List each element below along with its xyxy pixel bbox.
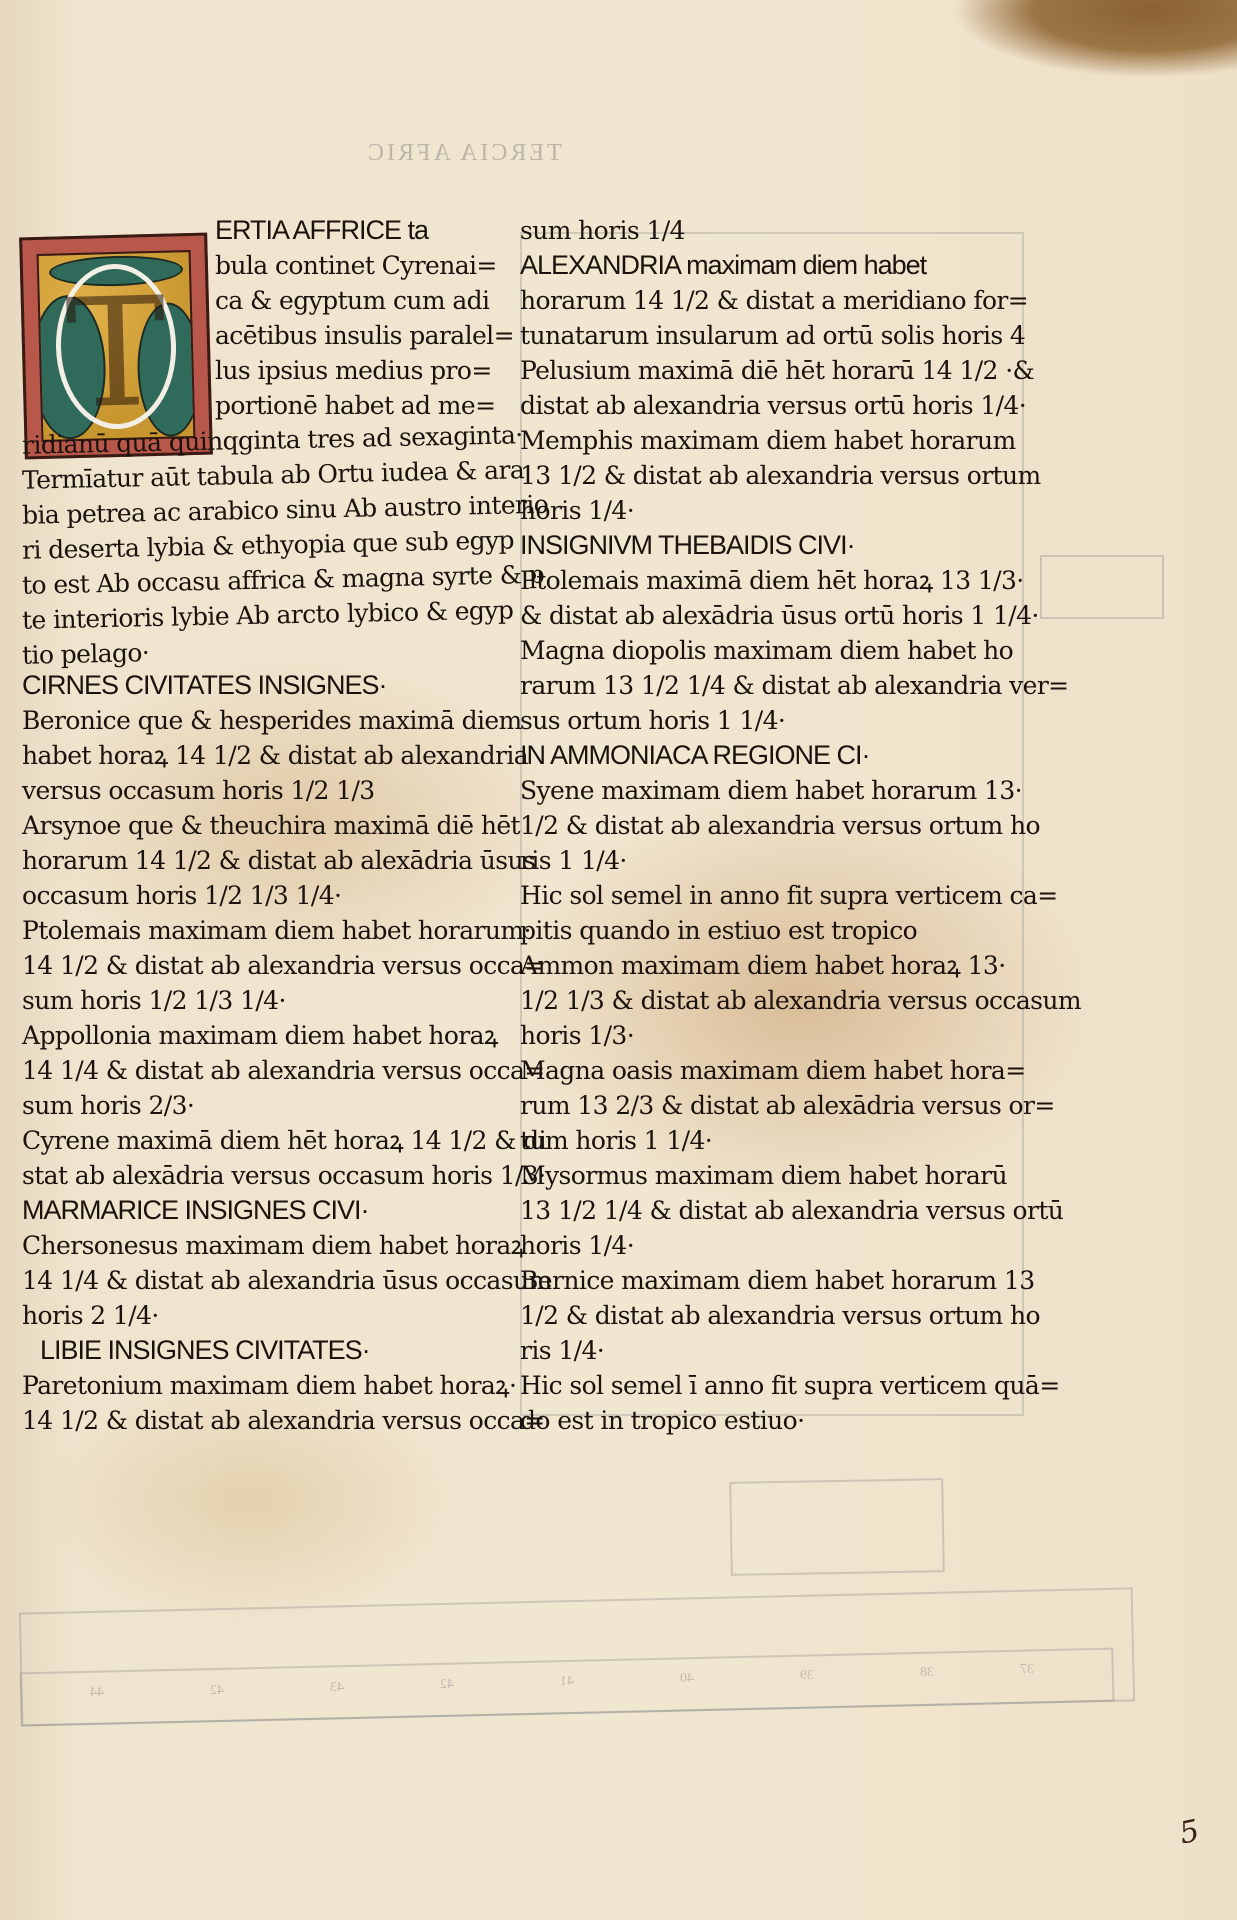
left-column: T ERTIA AFFRICE ta bula continet Cyrenai… <box>22 213 477 1438</box>
text-line: occasum horis 1/2 1/3 1/4· <box>22 878 477 913</box>
show-through-scale-number: 38 <box>920 1665 934 1681</box>
page-number: 5 <box>1177 1813 1203 1851</box>
text-line: sum horis 1/2 1/3 1/4· <box>22 983 477 1018</box>
text-line: 14 1/2 & distat ab alexandria versus occ… <box>22 1403 477 1438</box>
show-through-scale-number: 42 <box>440 1677 454 1693</box>
section-heading-alexandria: ALEXANDRIA maximam diem habet <box>520 248 1000 283</box>
show-through-map-border-bottom <box>19 1587 1135 1726</box>
show-through-scale-number: 39 <box>800 1668 814 1684</box>
text-line: 13 1/2 1/4 & distat ab alexandria versus… <box>520 1193 1000 1228</box>
show-through-scale-number: 43 <box>330 1680 344 1696</box>
text-line: Hic sol semel in anno fit supra verticem… <box>520 878 1000 913</box>
text-line: Syene maximam diem habet horarum 13· <box>520 773 1000 808</box>
text-line: ris 1 1/4· <box>520 843 1000 878</box>
show-through-scale-number: 37 <box>1020 1662 1034 1678</box>
text-line: distat ab alexandria versus ortū horis 1… <box>520 388 1000 423</box>
text-line: 14 1/2 & distat ab alexandria versus occ… <box>22 948 477 983</box>
text-line: Beronice que & hesperides maximā diem <box>22 703 477 738</box>
text-line: Ptolemais maximā diem hēt horaꝝ 13 1/3· <box>520 563 1000 598</box>
initial-gold-field: T <box>37 250 196 442</box>
text-line: rarum 13 1/2 1/4 & distat ab alexandria … <box>520 668 1000 703</box>
text-line: & distat ab alexādria ūsus ortū horis 1 … <box>520 598 1000 633</box>
text-line: 14 1/4 & distat ab alexandria ūsus occas… <box>22 1263 477 1298</box>
text-line: Cyrene maximā diem hēt horaꝝ 14 1/2 & di <box>22 1123 477 1158</box>
show-through-label-box <box>729 1478 945 1576</box>
text-line: stat ab alexādria versus occasum horis 1… <box>22 1158 477 1193</box>
text-line: 14 1/4 & distat ab alexandria versus occ… <box>22 1053 477 1088</box>
right-column: sum horis 1/4 ALEXANDRIA maximam diem ha… <box>520 213 1000 1438</box>
text-line: Ptolemais maximam diem habet horarum· <box>22 913 477 948</box>
text-line: Chersonesus maximam diem habet horaꝝ <box>22 1228 477 1263</box>
section-heading-libie: LIBIE INSIGNES CIVITATES· <box>22 1333 477 1368</box>
text-line: horarum 14 1/2 & distat ab alexādria ūsu… <box>22 843 477 878</box>
section-heading-thebaidis: INSIGNIVM THEBAIDIS CIVI· <box>520 528 1000 563</box>
show-through-label-box <box>1040 555 1164 619</box>
text-line: Magna oasis maximam diem habet hora= <box>520 1053 1000 1088</box>
text-line: 13 1/2 & distat ab alexandria versus ort… <box>520 458 1000 493</box>
text-line: Memphis maximam diem habet horarum <box>520 423 1000 458</box>
text-line: Magna diopolis maximam diem habet ho <box>520 633 1000 668</box>
initial-letter: T <box>54 262 178 430</box>
text-line: habet horaꝝ 14 1/2 & distat ab alexandri… <box>22 738 477 773</box>
text-line: sum horis 1/4 <box>520 213 1000 248</box>
text-line: sum horis 2/3· <box>22 1088 477 1123</box>
section-heading-cirnes: CIRNES CIVITATES INSIGNES· <box>22 668 477 703</box>
text-line: versus occasum horis 1/2 1/3 <box>22 773 477 808</box>
show-through-scale-number: 44 <box>90 1685 104 1701</box>
text-line: Bernice maximam diem habet horarum 13 <box>520 1263 1000 1298</box>
text-line: tunatarum insularum ad ortū solis horis … <box>520 318 1000 353</box>
section-heading-ammoniaca: IN AMMONIACA REGIONE CI· <box>520 738 1000 773</box>
text-line: tum horis 1 1/4· <box>520 1123 1000 1158</box>
text-line: Mysormus maximam diem habet horarū <box>520 1158 1000 1193</box>
text-line: rum 13 2/3 & distat ab alexādria versus … <box>520 1088 1000 1123</box>
text-line: ris 1/4· <box>520 1333 1000 1368</box>
show-through-scale-number: 42 <box>210 1683 224 1699</box>
text-line: horarum 14 1/2 & distat a meridiano for= <box>520 283 1000 318</box>
text-line: Paretonium maximam diem habet horaꝝ· <box>22 1368 477 1403</box>
text-line: 1/2 & distat ab alexandria versus ortum … <box>520 1298 1000 1333</box>
text-line: Hic sol semel ī anno fit supra verticem … <box>520 1368 1000 1403</box>
text-line: pitis quando in estiuo est tropico <box>520 913 1000 948</box>
text-line: Pelusium maximā diē hēt horarū 14 1/2 ·& <box>520 353 1000 388</box>
text-line: 1/2 1/3 & distat ab alexandria versus oc… <box>520 983 1000 1018</box>
show-through-running-header: TERCIA AFRIC <box>365 140 562 167</box>
show-through-scale-number: 40 <box>680 1671 694 1687</box>
text-line: horis 2 1/4· <box>22 1298 477 1333</box>
show-through-scale-number: 41 <box>560 1674 574 1690</box>
section-heading-marmarice: MARMARICE INSIGNES CIVI· <box>22 1193 477 1228</box>
text-line: Appollonia maximam diem habet horaꝝ <box>22 1018 477 1053</box>
text-line: do est in tropico estiuo· <box>520 1403 1000 1438</box>
text-line: horis 1/3· <box>520 1018 1000 1053</box>
text-line: 1/2 & distat ab alexandria versus ortum … <box>520 808 1000 843</box>
text-line: Arsynoe que & theuchira maximā diē hēt <box>22 808 477 843</box>
text-line: sus ortum horis 1 1/4· <box>520 703 1000 738</box>
text-line: horis 1/4· <box>520 1228 1000 1263</box>
text-line: Ammon maximam diem habet horaꝝ 13· <box>520 948 1000 983</box>
text-line: horis 1/4· <box>520 493 1000 528</box>
